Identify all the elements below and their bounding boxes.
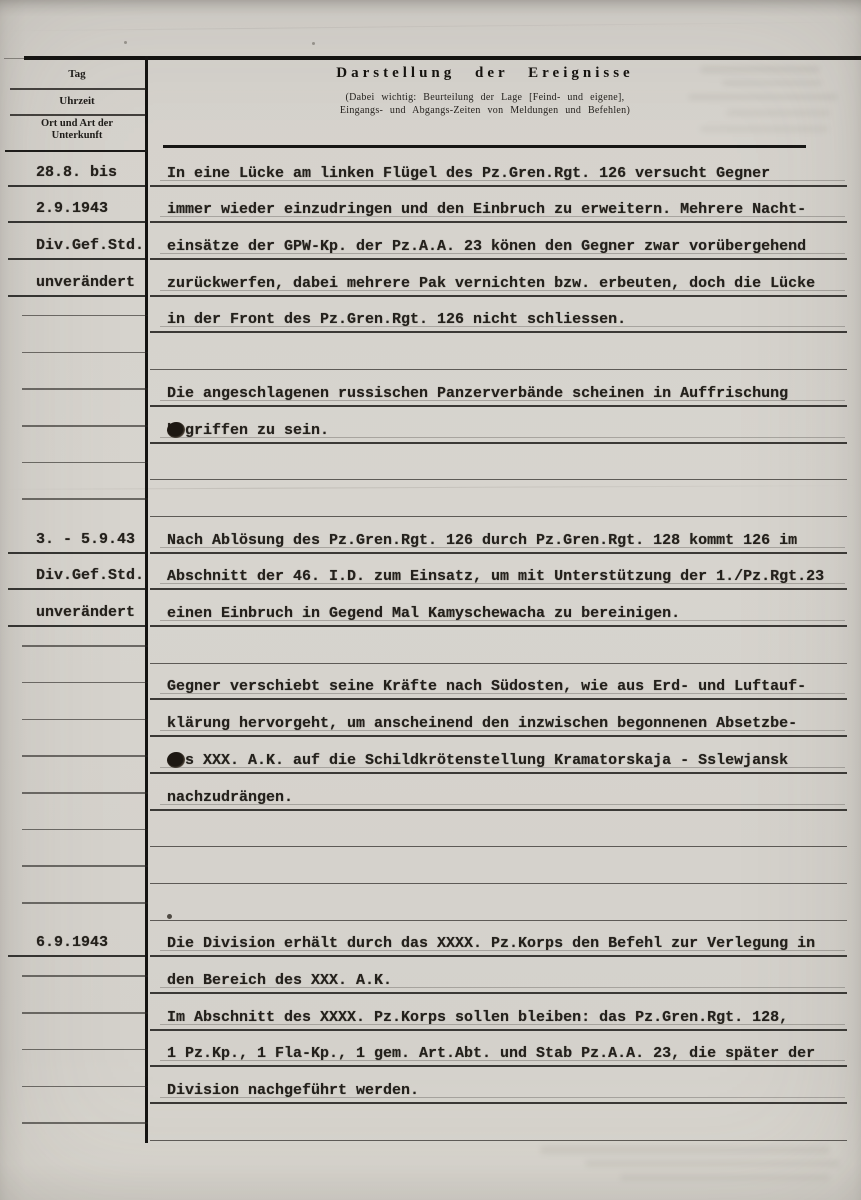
entry-row: Die angeschlagenen russischen Panzerverb… (0, 370, 861, 407)
ink-blot (167, 752, 185, 768)
bleed-through-artifact (700, 126, 828, 132)
left-column-rule (8, 957, 146, 994)
entry-row: Div.Gef.Std.Abschnitt der 46. I.D. zum E… (0, 554, 861, 591)
left-column-rule (8, 1031, 146, 1068)
entry-date-text: unverändert (36, 275, 135, 290)
entry-text: 1 Pz.Kp., 1 Fla-Kp., 1 gem. Art.Abt. und… (167, 1046, 815, 1061)
entry-text-line: Gegner verschiebt seine Kräfte nach Südo… (150, 664, 847, 701)
ruled-blank-row (0, 884, 861, 921)
entry-row: Div.Gef.Std.einsätze der GPW-Kp. der Pz.… (0, 223, 861, 260)
entry-text-line: in der Front des Pz.Gren.Rgt. 126 nicht … (150, 297, 847, 334)
events-column-subtitle-1: (Dabei wichtig: Beurteilung der Lage [Fe… (160, 93, 810, 103)
left-column-rule (8, 737, 146, 774)
entry-row: Division nachgeführt werden. (0, 1068, 861, 1105)
entry-row: nachzudrängen. (0, 774, 861, 811)
entry-row: des XXX. A.K. auf die Schildkrötenstellu… (0, 737, 861, 774)
entry-date-text: 2.9.1943 (36, 201, 108, 216)
entry-text-line: den Bereich des XXX. A.K. (150, 957, 847, 994)
entry-date-text: 28.8. bis (36, 165, 117, 180)
entry-text-line: einen Einbruch in Gegend Mal Kamyschewac… (150, 590, 847, 627)
entry-date-cell: Div.Gef.Std. (8, 554, 146, 591)
bleed-through-artifact (620, 1174, 830, 1181)
entry-text: einsätze der GPW-Kp. der Pz.A.A. 23 köne… (167, 239, 806, 254)
entry-text: nachzudrängen. (167, 790, 293, 805)
entry-text: des XXX. A.K. auf die Schildkrötenstellu… (167, 753, 788, 768)
entry-row: 3. - 5.9.43Nach Ablösung des Pz.Gren.Rgt… (0, 517, 861, 554)
events-column-subtitle-2: Eingangs- und Abgangs-Zeiten von Meldung… (160, 106, 810, 116)
entry-text-line: einsätze der GPW-Kp. der Pz.A.A. 23 köne… (150, 223, 847, 260)
left-column-rule (8, 334, 146, 371)
entry-row: Gegner verschiebt seine Kräfte nach Südo… (0, 664, 861, 701)
entry-row: Im Abschnitt des XXXX. Pz.Korps sollen b… (0, 994, 861, 1031)
header-label-unterkunft-line2: Unterkunft (8, 130, 146, 142)
entry-text: immer wieder einzudringen und den Einbru… (167, 202, 806, 217)
left-column-rule (8, 1104, 146, 1141)
entry-text: in der Front des Pz.Gren.Rgt. 126 nicht … (167, 312, 626, 327)
ruled-blank-row (0, 847, 861, 884)
entry-text: zurückwerfen, dabei mehrere Pak vernicht… (167, 276, 815, 291)
entry-text: Im Abschnitt des XXXX. Pz.Korps sollen b… (167, 1010, 788, 1025)
document-page: Tag Uhrzeit Ort und Art der Unterkunft D… (0, 0, 861, 1200)
entry-date-text: 6.9.1943 (36, 935, 108, 950)
left-column-rule (8, 627, 146, 664)
entry-row: 2.9.1943immer wieder einzudringen und de… (0, 187, 861, 224)
entry-text-line: 1 Pz.Kp., 1 Fla-Kp., 1 gem. Art.Abt. und… (150, 1031, 847, 1068)
ruled-blank-row (0, 444, 861, 481)
entry-date-text: Div.Gef.Std. (36, 238, 144, 253)
ink-blot (167, 422, 185, 438)
right-column-rule (150, 884, 847, 921)
entry-text-line: nachzudrängen. (150, 774, 847, 811)
right-column-rule (150, 847, 847, 884)
entry-text: den Bereich des XXX. A.K. (167, 973, 392, 988)
entry-text-line: begriffen zu sein. (150, 407, 847, 444)
left-column-rule (8, 370, 146, 407)
entry-text: Division nachgeführt werden. (167, 1083, 419, 1098)
entry-text: Die Division erhält durch das XXXX. Pz.K… (167, 936, 815, 951)
entry-row: unverändertzurückwerfen, dabei mehrere P… (0, 260, 861, 297)
left-column-rule (8, 701, 146, 738)
entry-text: Nach Ablösung des Pz.Gren.Rgt. 126 durch… (167, 533, 797, 548)
events-column-title: Darstellung der Ereignisse (160, 66, 810, 81)
paper-crease (0, 21, 861, 31)
bleed-through-artifact (585, 1160, 840, 1167)
entry-date-cell: Div.Gef.Std. (8, 223, 146, 260)
entry-text: klärung hervorgeht, um anscheinend den i… (167, 716, 797, 731)
entry-date-text: Div.Gef.Std. (36, 568, 144, 583)
entry-text: Die angeschlagenen russischen Panzerverb… (167, 386, 788, 401)
entry-text: begriffen zu sein. (167, 423, 329, 438)
left-column-rule (8, 884, 146, 921)
entry-row: klärung hervorgeht, um anscheinend den i… (0, 701, 861, 738)
entry-text-line: In eine Lücke am linken Flügel des Pz.Gr… (150, 150, 847, 187)
header-label-unterkunft: Ort und Art der Unterkunft (8, 118, 146, 142)
header-label-unterkunft-line1: Ort und Art der (8, 118, 146, 130)
header-label-uhrzeit: Uhrzeit (8, 95, 146, 108)
header-rule (10, 114, 146, 116)
left-column-rule (8, 994, 146, 1031)
right-column-rule (150, 811, 847, 848)
entry-row: 6.9.1943Die Division erhält durch das XX… (0, 921, 861, 958)
ruled-blank-row (0, 480, 861, 517)
ruled-blank-row (0, 627, 861, 664)
left-column-rule (8, 664, 146, 701)
entry-date-text: 3. - 5.9.43 (36, 532, 135, 547)
right-column-rule (150, 1104, 847, 1141)
entry-date-cell: unverändert (8, 260, 146, 297)
entry-text-line: Division nachgeführt werden. (150, 1068, 847, 1105)
entry-row: unveränderteinen Einbruch in Gegend Mal … (0, 590, 861, 627)
entry-text-line: zurückwerfen, dabei mehrere Pak vernicht… (150, 260, 847, 297)
ruled-blank-row (0, 334, 861, 371)
table-top-border (24, 56, 861, 60)
bleed-through-artifact (540, 1146, 830, 1154)
header-label-tag: Tag (8, 68, 146, 81)
entry-text-line: Im Abschnitt des XXXX. Pz.Korps sollen b… (150, 994, 847, 1031)
entry-text-line: Nach Ablösung des Pz.Gren.Rgt. 126 durch… (150, 517, 847, 554)
entry-date-cell: 28.8. bis (8, 150, 146, 187)
entry-row: den Bereich des XXX. A.K. (0, 957, 861, 994)
entry-text: In eine Lücke am linken Flügel des Pz.Gr… (167, 166, 770, 181)
entry-text-line: immer wieder einzudringen und den Einbru… (150, 187, 847, 224)
ruled-blank-row (0, 1104, 861, 1141)
header-rule (10, 88, 146, 90)
entry-text-line: Die Division erhält durch das XXXX. Pz.K… (150, 921, 847, 958)
entry-date-cell: unverändert (8, 590, 146, 627)
entry-row: begriffen zu sein. (0, 407, 861, 444)
left-column-rule (8, 811, 146, 848)
left-column-rule (8, 774, 146, 811)
right-column-rule (150, 334, 847, 371)
left-column-rule (8, 480, 146, 517)
entry-date-cell: 2.9.1943 (8, 187, 146, 224)
left-column-rule (8, 444, 146, 481)
entry-row: 28.8. bisIn eine Lücke am linken Flügel … (0, 150, 861, 187)
entry-date-cell: 3. - 5.9.43 (8, 517, 146, 554)
right-column-rule (150, 627, 847, 664)
ink-speck (312, 42, 315, 45)
entry-text-line: des XXX. A.K. auf die Schildkrötenstellu… (150, 737, 847, 774)
entry-text: Abschnitt der 46. I.D. zum Einsatz, um m… (167, 569, 824, 584)
entry-date-text: unverändert (36, 605, 135, 620)
right-column-rule (150, 444, 847, 481)
right-column-rule (150, 480, 847, 517)
entry-text-line: klärung hervorgeht, um anscheinend den i… (150, 701, 847, 738)
entry-text-line: Abschnitt der 46. I.D. zum Einsatz, um m… (150, 554, 847, 591)
entry-row: 1 Pz.Kp., 1 Fla-Kp., 1 gem. Art.Abt. und… (0, 1031, 861, 1068)
entry-text: Gegner verschiebt seine Kräfte nach Südo… (167, 679, 806, 694)
ruled-blank-row (0, 811, 861, 848)
left-column-rule (8, 407, 146, 444)
left-column-rule (8, 297, 146, 334)
entry-row: in der Front des Pz.Gren.Rgt. 126 nicht … (0, 297, 861, 334)
ink-speck (167, 914, 172, 919)
header-bottom-rule-right (163, 145, 806, 148)
entry-date-cell: 6.9.1943 (8, 921, 146, 958)
left-column-rule (8, 847, 146, 884)
entry-text-line: Die angeschlagenen russischen Panzerverb… (150, 370, 847, 407)
ink-speck (124, 41, 127, 44)
entry-text: einen Einbruch in Gegend Mal Kamyschewac… (167, 606, 680, 621)
left-column-rule (8, 1068, 146, 1105)
